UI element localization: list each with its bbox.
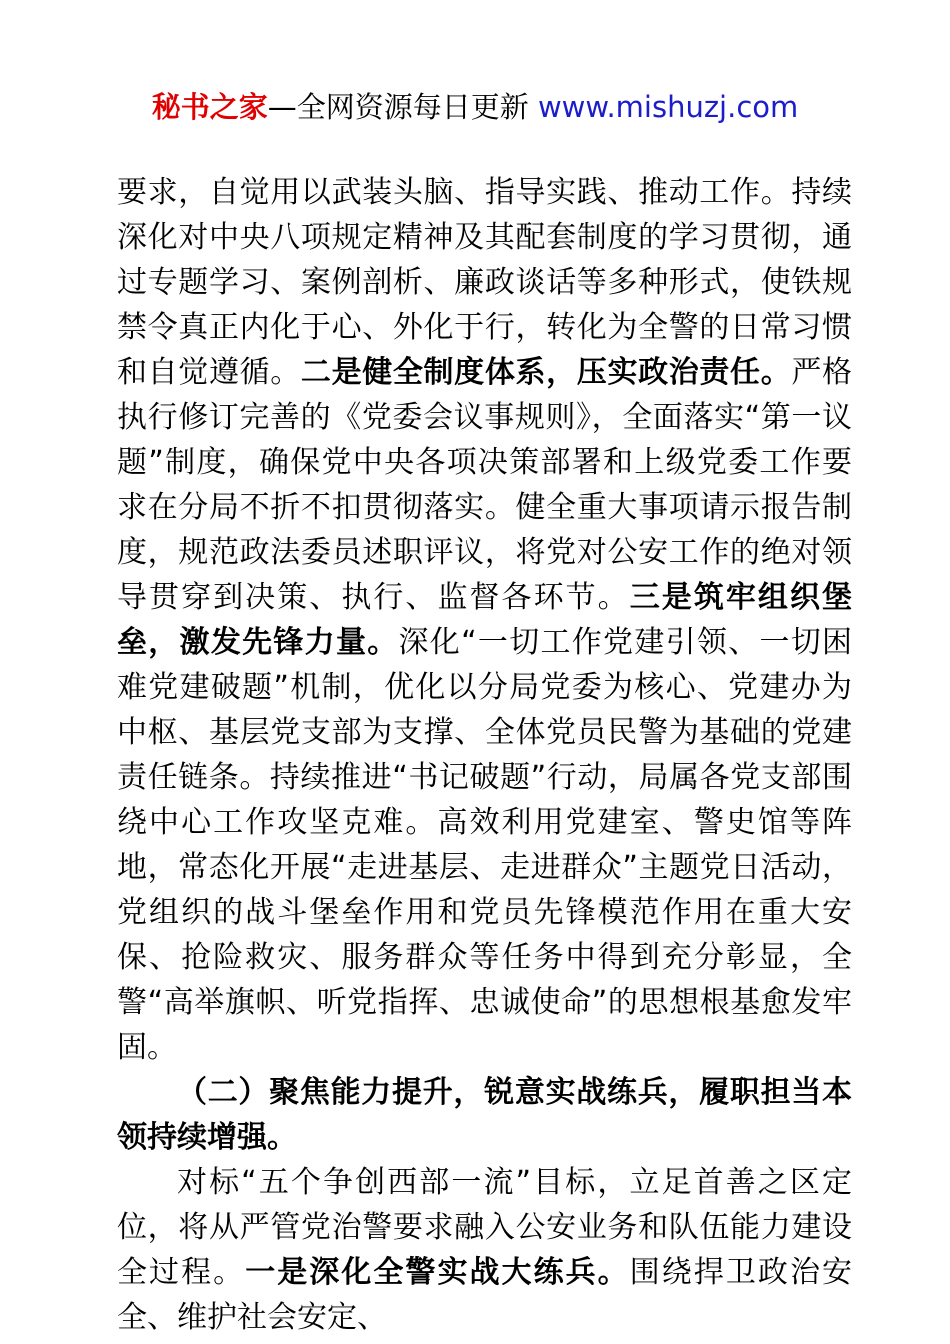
paragraph-3: 对标“五个争创西部一流”目标，立足首善之区定位，将从严管党治警要求融入公安业务和…: [117, 1160, 852, 1340]
text-run: 严格执行修订完善的《党委会议事规则》，全面落实“第一议题”制度，确保党中央各项决…: [117, 355, 852, 615]
paragraph-1: 要求，自觉用以武装头脑、指导实践、推动工作。持续深化对中央八项规定精神及其配套制…: [117, 170, 852, 1070]
bold-heading-run: 一是深化全警实战大练兵。: [245, 1255, 630, 1290]
site-banner: 秘书之家—全网资源每日更新 www.mishuzj.com: [0, 0, 950, 126]
banner-tagline: —全网资源每日更新: [268, 90, 538, 124]
bold-heading-run: （二）聚焦能力提升，锐意实战练兵，履职担当本领持续增强。: [117, 1075, 852, 1155]
document-page: 秘书之家—全网资源每日更新 www.mishuzj.com 要求，自觉用以武装头…: [0, 0, 950, 1344]
brand-name: 秘书之家: [152, 90, 268, 124]
document-body: 要求，自觉用以武装头脑、指导实践、推动工作。持续深化对中央八项规定精神及其配套制…: [117, 170, 852, 1340]
site-url-link[interactable]: www.mishuzj.com: [538, 90, 798, 124]
paragraph-2-section-heading: （二）聚焦能力提升，锐意实战练兵，履职担当本领持续增强。: [117, 1070, 852, 1160]
text-run: 深化“一切工作党建引领、一切困难党建破题”机制，优化以分局党委为核心、党建办为中…: [117, 625, 852, 1065]
bold-heading-run: 二是健全制度体系，压实政治责任。: [301, 355, 791, 390]
